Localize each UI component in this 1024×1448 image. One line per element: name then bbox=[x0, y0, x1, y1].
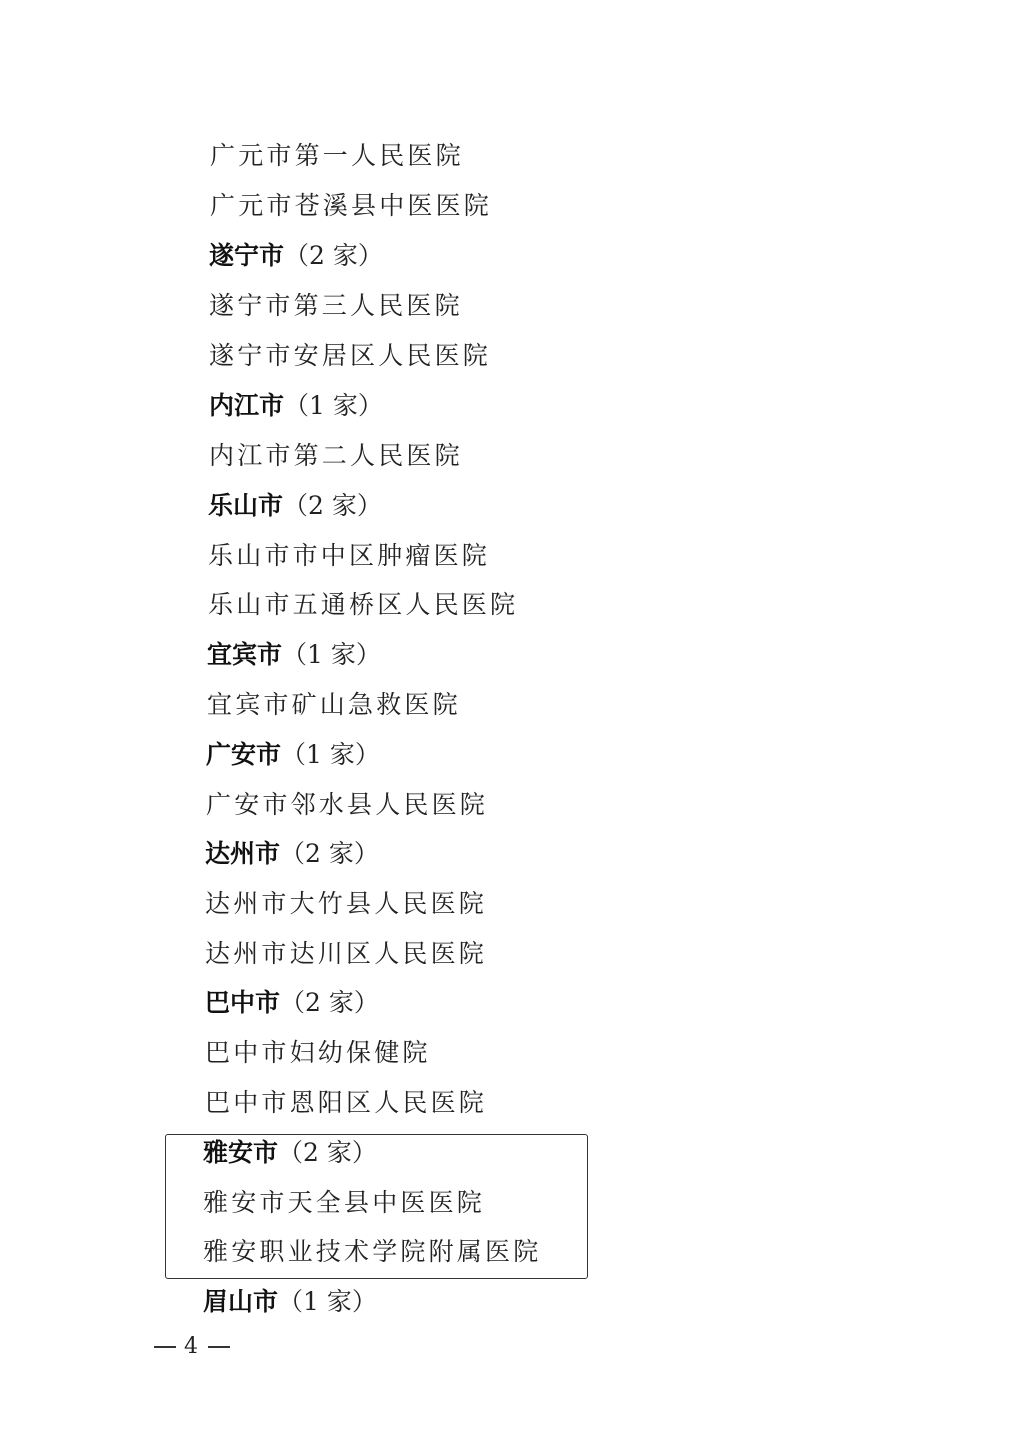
hospital-count: （1 家） bbox=[281, 740, 380, 769]
city-heading: 达州市（2 家） bbox=[205, 839, 379, 869]
city-heading: 雅安市（2 家） bbox=[203, 1138, 377, 1168]
hospital-count: （1 家） bbox=[282, 640, 381, 669]
hospital-entry: 达州市达川区人民医院 bbox=[205, 939, 487, 969]
hospital-entry: 巴中市恩阳区人民医院 bbox=[205, 1088, 487, 1118]
hospital-count: （2 家） bbox=[278, 1138, 377, 1167]
hospital-entry: 雅安职业技术学院附属医院 bbox=[203, 1237, 541, 1267]
hospital-entry: 达州市大竹县人民医院 bbox=[205, 889, 487, 919]
city-name: 内江市 bbox=[209, 391, 284, 420]
city-name: 广安市 bbox=[206, 740, 281, 769]
hospital-count: （2 家） bbox=[283, 491, 382, 520]
city-name: 眉山市 bbox=[203, 1287, 278, 1316]
city-name: 遂宁市 bbox=[209, 241, 284, 270]
city-name: 乐山市 bbox=[208, 491, 283, 520]
page-number-value: 4 bbox=[184, 1334, 200, 1359]
page-number: 4 bbox=[146, 1333, 238, 1361]
hospital-entry: 遂宁市安居区人民医院 bbox=[209, 341, 491, 371]
hospital-entry: 内江市第二人民医院 bbox=[209, 441, 463, 471]
hospital-entry: 乐山市五通桥区人民医院 bbox=[208, 590, 518, 620]
hospital-count: （2 家） bbox=[280, 988, 379, 1017]
hospital-count: （1 家） bbox=[278, 1287, 377, 1316]
document-page: 广元市第一人民医院 广元市苍溪县中医医院 遂宁市（2 家） 遂宁市第三人民医院 … bbox=[0, 0, 1024, 1448]
city-name: 巴中市 bbox=[205, 988, 280, 1017]
hospital-entry: 广元市第一人民医院 bbox=[210, 141, 464, 171]
city-heading: 广安市（1 家） bbox=[206, 740, 380, 770]
city-heading: 内江市（1 家） bbox=[209, 391, 383, 421]
city-heading: 巴中市（2 家） bbox=[205, 988, 379, 1018]
hospital-count: （1 家） bbox=[284, 391, 383, 420]
dash-right bbox=[208, 1346, 230, 1348]
hospital-entry: 宜宾市矿山急救医院 bbox=[207, 690, 461, 720]
city-name: 达州市 bbox=[205, 839, 280, 868]
hospital-entry: 遂宁市第三人民医院 bbox=[209, 291, 463, 321]
hospital-count: （2 家） bbox=[284, 241, 383, 270]
city-name: 宜宾市 bbox=[207, 640, 282, 669]
hospital-count: （2 家） bbox=[280, 839, 379, 868]
city-heading: 遂宁市（2 家） bbox=[209, 241, 383, 271]
hospital-entry: 乐山市市中区肿瘤医院 bbox=[208, 541, 490, 571]
city-heading: 宜宾市（1 家） bbox=[207, 640, 381, 670]
hospital-entry: 广安市邻水县人民医院 bbox=[206, 790, 488, 820]
city-heading: 眉山市（1 家） bbox=[203, 1287, 377, 1317]
city-heading: 乐山市（2 家） bbox=[208, 491, 382, 521]
hospital-entry: 广元市苍溪县中医医院 bbox=[210, 191, 492, 221]
city-name: 雅安市 bbox=[203, 1138, 278, 1167]
dash-left bbox=[154, 1346, 176, 1348]
hospital-entry: 雅安市天全县中医医院 bbox=[203, 1188, 485, 1218]
hospital-entry: 巴中市妇幼保健院 bbox=[205, 1038, 431, 1068]
